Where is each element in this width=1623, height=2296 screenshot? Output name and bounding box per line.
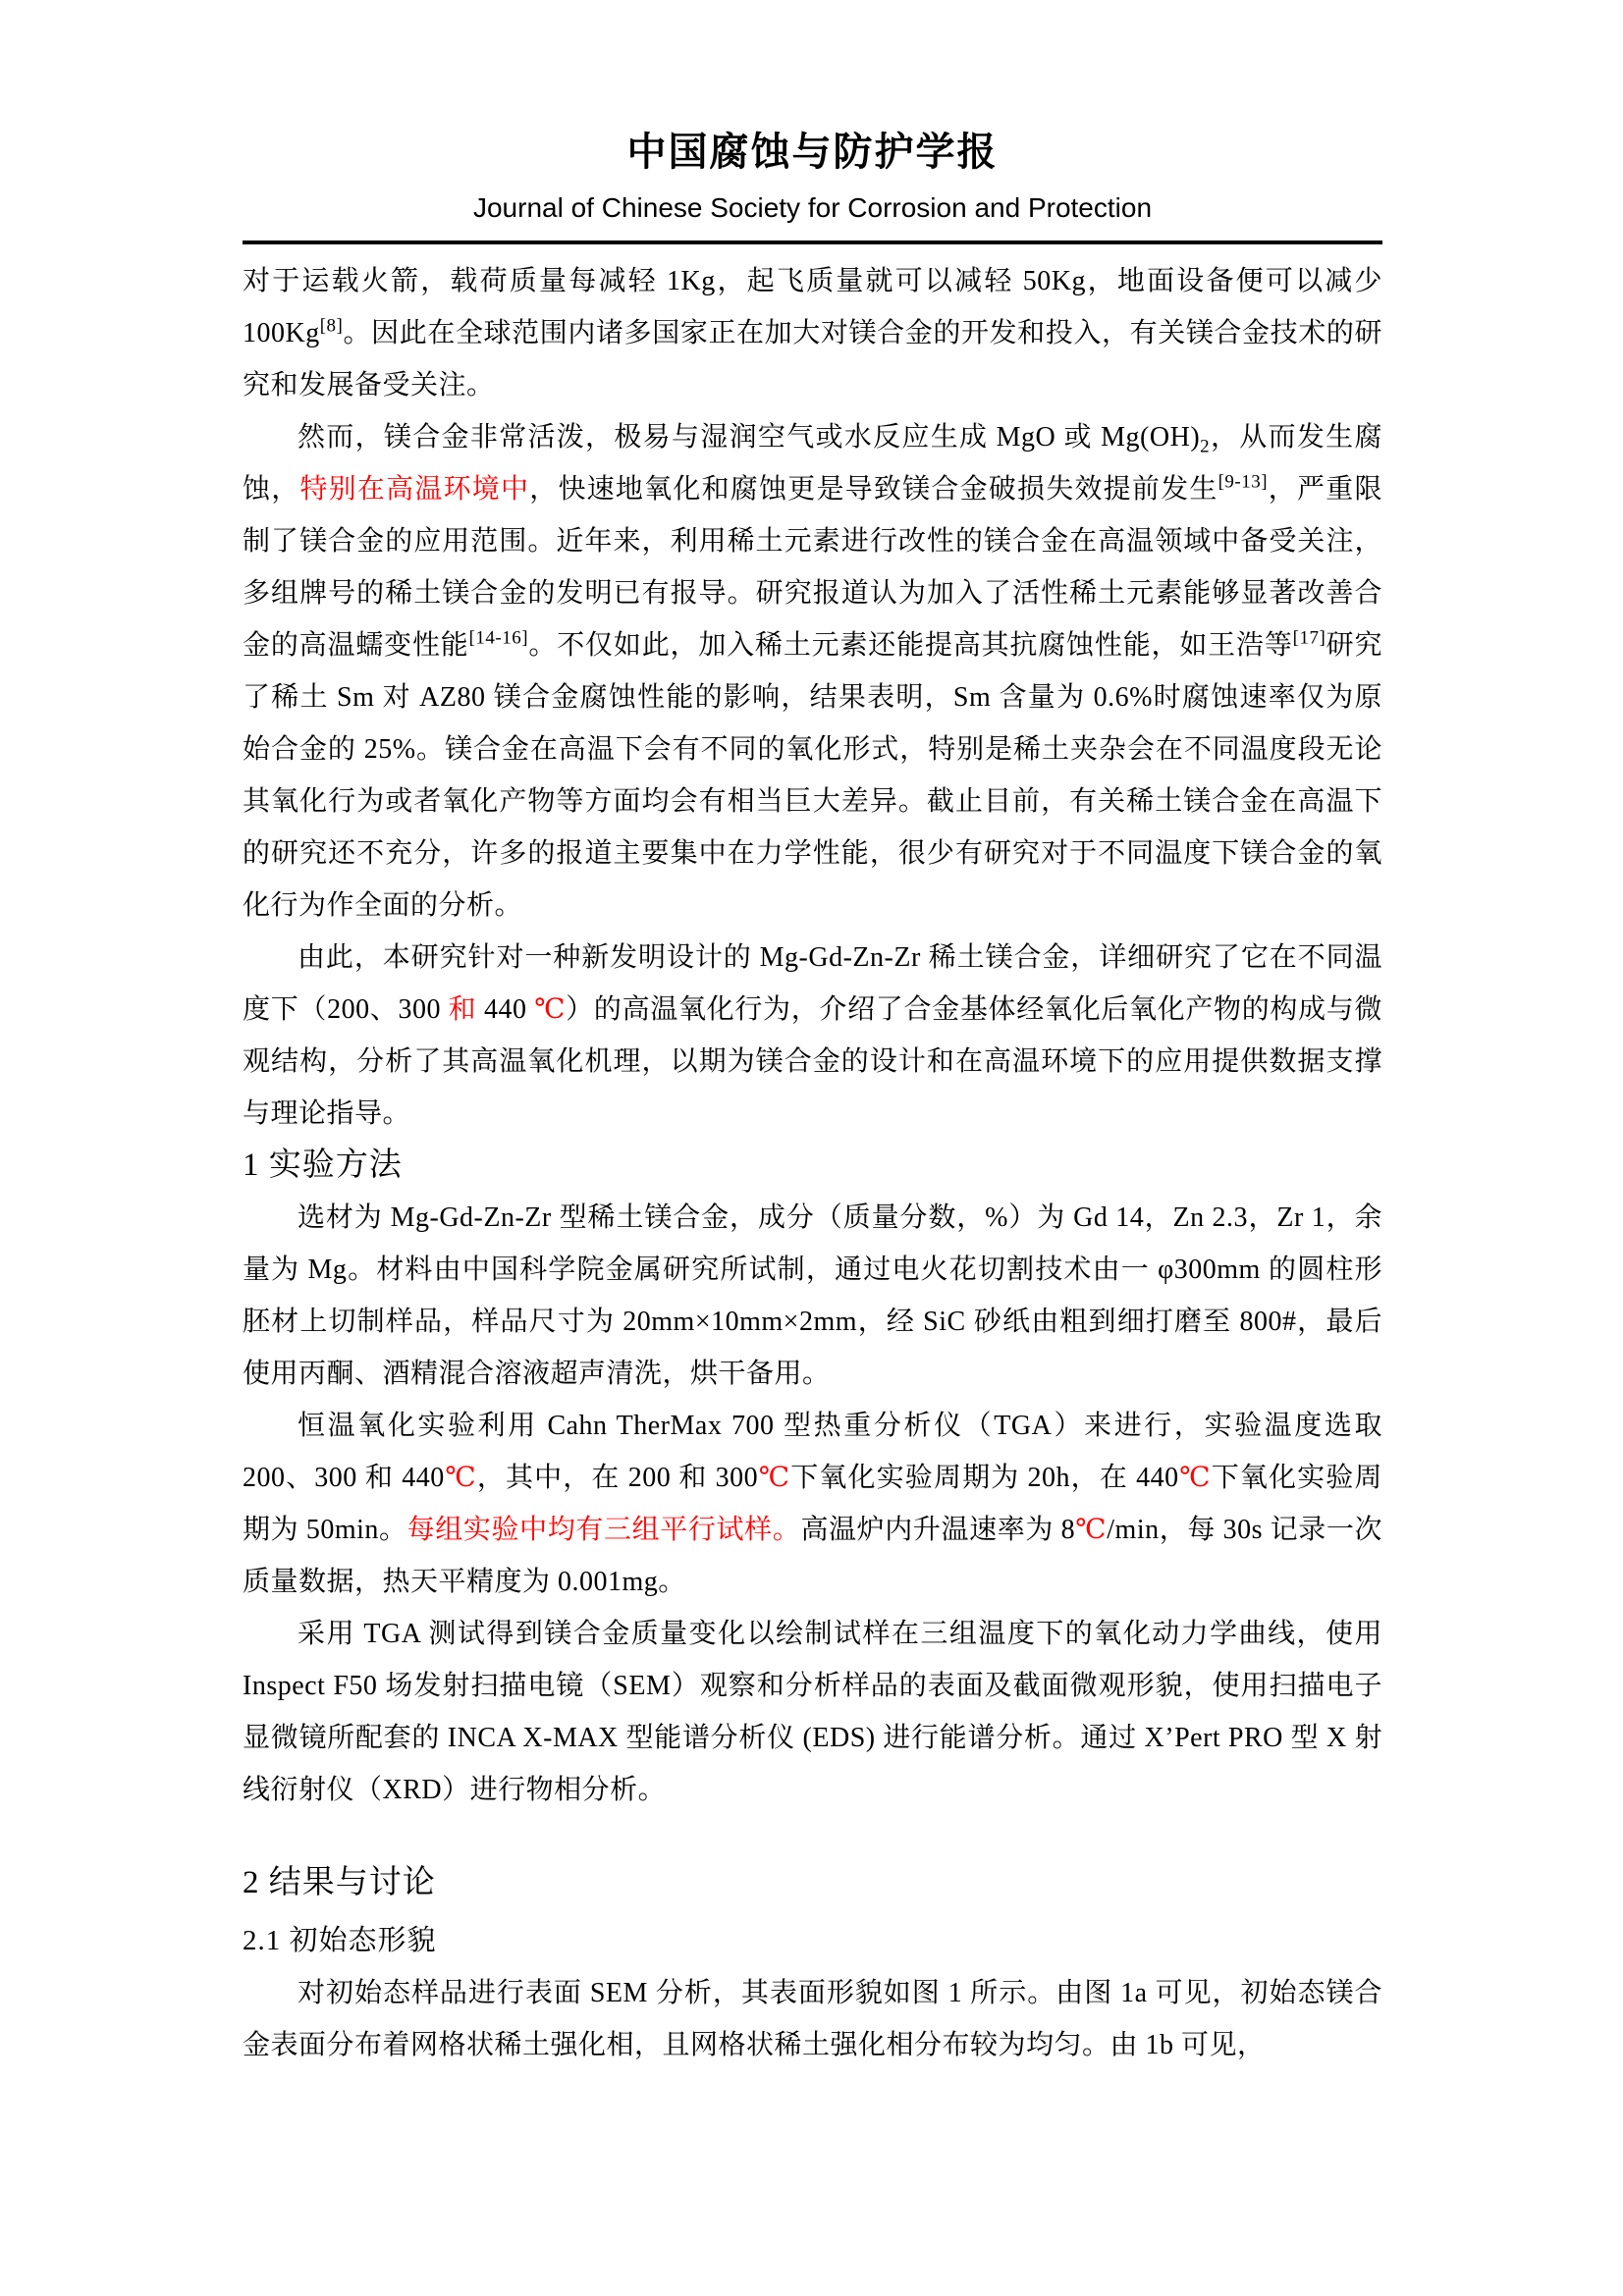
text-run: ，快速地氧化和腐蚀更是导致镁合金破损失效提前发生 xyxy=(529,474,1217,505)
text-run: 下氧化实验周期为 20h，在 440 xyxy=(790,1463,1178,1493)
highlighted-text-run: 和 xyxy=(449,994,477,1025)
text-run: 采用 TGA 测试得到镁合金质量变化以绘制试样在三组温度下的氧化动力学曲线，使用… xyxy=(243,1619,1382,1805)
subsection-heading: 2.1 初始态形貌 xyxy=(243,1915,1382,1967)
highlighted-text-run: ℃ xyxy=(1179,1463,1212,1493)
paragraph: 由此，本研究针对一种新发明设计的 Mg-Gd-Zn-Zr 稀土镁合金，详细研究了… xyxy=(243,932,1382,1140)
text-run: 高温炉内升温速率为 8 xyxy=(800,1515,1075,1545)
page: 中国腐蚀与防护学报 Journal of Chinese Society for… xyxy=(0,0,1623,2296)
highlighted-text-run: ℃ xyxy=(534,994,566,1025)
citation-ref: [17] xyxy=(1293,628,1326,649)
paragraph: 对初始态样品进行表面 SEM 分析，其表面形貌如图 1 所示。由图 1a 可见，… xyxy=(243,1967,1382,2071)
citation-ref: [8] xyxy=(320,316,344,337)
highlighted-text-run: 每组实验中均有三组平行试样。 xyxy=(407,1515,801,1545)
section-heading: 2 结果与讨论 xyxy=(243,1857,1382,1909)
paragraph: 采用 TGA 测试得到镁合金质量变化以绘制试样在三组温度下的氧化动力学曲线，使用… xyxy=(243,1608,1382,1816)
text-run: 。因此在全球范围内诸多国家正在加大对镁合金的开发和投入，有关镁合金技术的研究和发… xyxy=(243,318,1382,400)
section-heading: 1 实验方法 xyxy=(243,1140,1382,1192)
text-run: ，其中，在 200 和 300 xyxy=(477,1463,758,1493)
highlighted-text-run: ℃ xyxy=(758,1463,790,1493)
highlighted-text-run: ℃ xyxy=(1075,1515,1107,1545)
text-run: 440 xyxy=(476,994,534,1025)
paragraph: 然而，镁合金非常活泼，极易与湿润空气或水反应生成 MgO 或 Mg(OH)2，从… xyxy=(243,411,1382,932)
text-run: 。不仅如此，加入稀土元素还能提高其抗腐蚀性能，如王浩等 xyxy=(528,630,1293,661)
citation-ref: [14-16] xyxy=(469,628,528,649)
text-run: 研究了稀土 Sm 对 AZ80 镁合金腐蚀性能的影响，结果表明，Sm 含量为 0… xyxy=(243,630,1382,921)
text-run: 选材为 Mg-Gd-Zn-Zr 型稀土镁合金，成分（质量分数，%）为 Gd 14… xyxy=(243,1202,1382,1389)
paragraph: 恒温氧化实验利用 Cahn TherMax 700 型热重分析仪（TGA）来进行… xyxy=(243,1400,1382,1608)
citation-ref: [9-13] xyxy=(1218,472,1268,493)
journal-header: 中国腐蚀与防护学报 Journal of Chinese Society for… xyxy=(243,131,1382,244)
highlighted-text-run: ℃ xyxy=(445,1463,477,1493)
journal-title-zh: 中国腐蚀与防护学报 xyxy=(243,131,1382,174)
journal-title-en: Journal of Chinese Society for Corrosion… xyxy=(243,192,1382,224)
text-run: 对初始态样品进行表面 SEM 分析，其表面形貌如图 1 所示。由图 1a 可见，… xyxy=(243,1978,1382,2060)
highlighted-text-run: 特别在高温环境中 xyxy=(299,474,529,505)
chem-subscript: 2 xyxy=(1200,437,1210,457)
paragraph: 选材为 Mg-Gd-Zn-Zr 型稀土镁合金，成分（质量分数，%）为 Gd 14… xyxy=(243,1192,1382,1400)
text-run: 然而，镁合金非常活泼，极易与湿润空气或水反应生成 MgO 或 Mg(OH) xyxy=(298,422,1200,453)
paragraph: 对于运载火箭，载荷质量每减轻 1Kg，起飞质量就可以减轻 50Kg，地面设备便可… xyxy=(243,255,1382,411)
document-body: 对于运载火箭，载荷质量每减轻 1Kg，起飞质量就可以减轻 50Kg，地面设备便可… xyxy=(243,255,1382,2071)
header-rule xyxy=(243,240,1382,244)
